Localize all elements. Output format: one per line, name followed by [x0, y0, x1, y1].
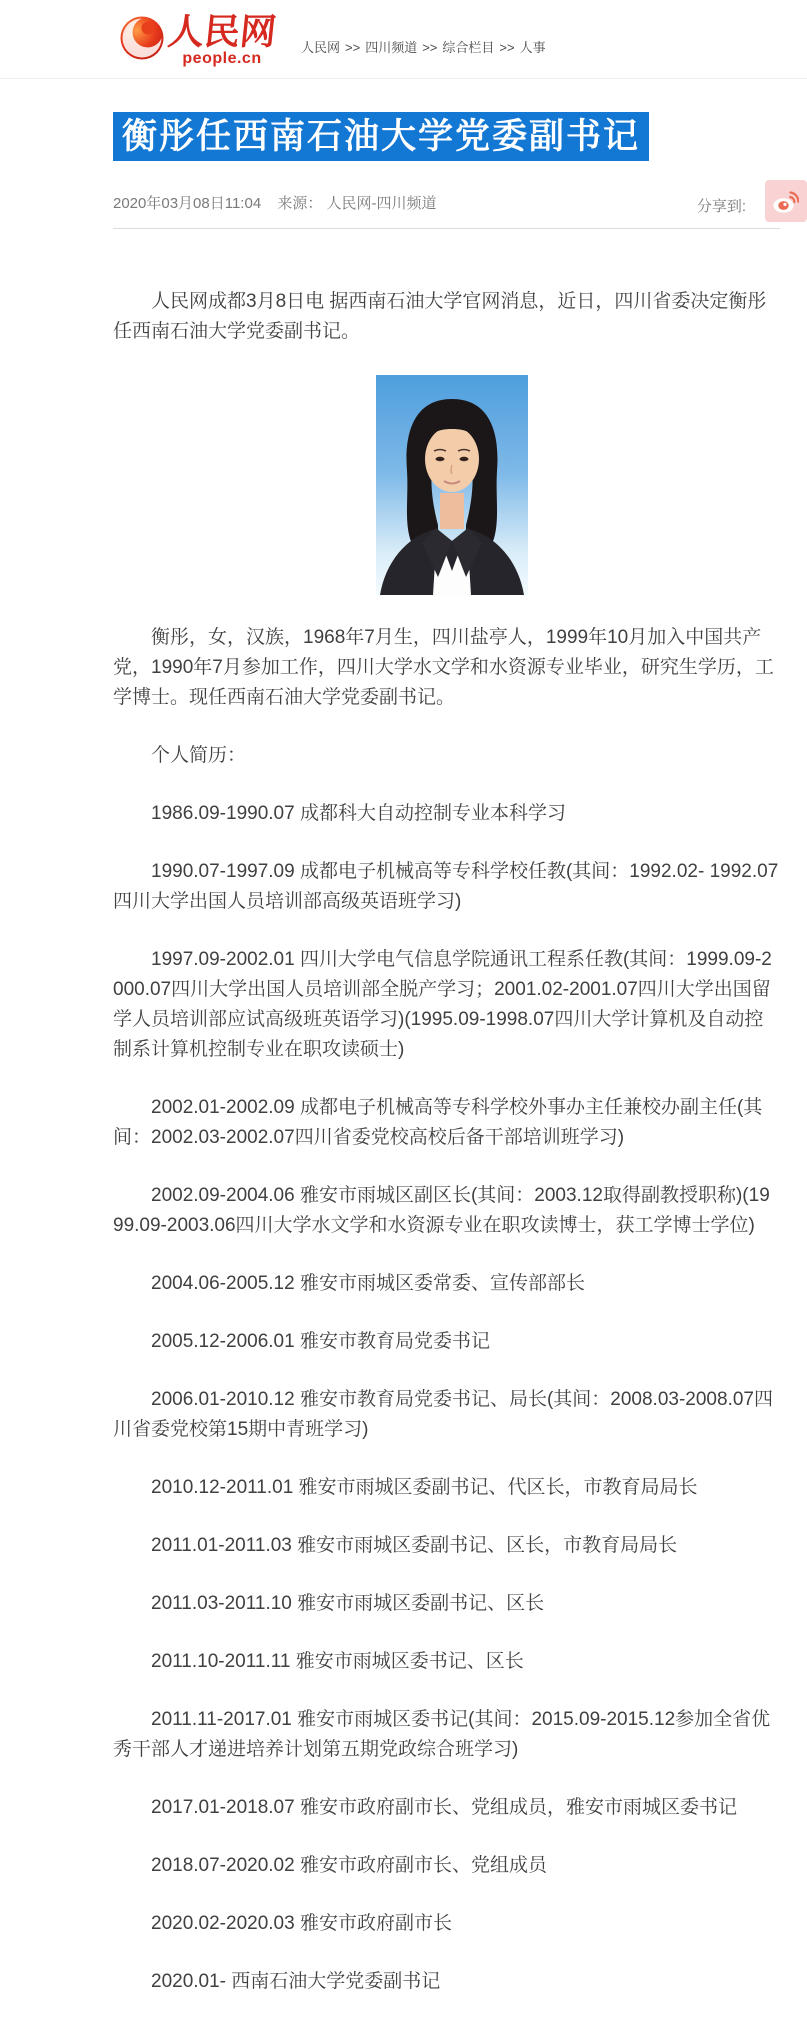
portrait-photo-image [376, 375, 528, 595]
breadcrumb-separator: >> [422, 40, 437, 55]
article-paragraph: 2002.09-2004.06 雅安市雨城区副区长(其间：2003.12取得副教… [113, 1181, 780, 1241]
article-paragraph: 个人简历： [113, 741, 780, 771]
breadcrumb-link-2[interactable]: 四川频道 [365, 40, 417, 55]
intro-paragraphs: 人民网成都3月8日电 据西南石油大学官网消息，近日，四川省委决定衡彤任西南石油大… [113, 287, 780, 347]
source-label: 来源： [277, 195, 322, 212]
article-paragraph: 1997.09-2002.01 四川大学电气信息学院通讯工程系任教(其间：199… [113, 945, 780, 1065]
article-paragraph: 2020.01- 西南石油大学党委副书记 [113, 1967, 780, 1997]
header-divider [0, 78, 807, 79]
people-cn-ball-icon [119, 15, 165, 61]
breadcrumb-link-3[interactable]: 综合栏目 [442, 40, 494, 55]
article-meta-row: 2020年03月08日11:04 来源： 人民网-四川频道 分享到: [113, 192, 780, 212]
breadcrumb-separator: >> [345, 40, 360, 55]
share-label: 分享到: [697, 195, 746, 216]
article-paragraph: 2005.12-2006.01 雅安市教育局党委书记 [113, 1327, 780, 1357]
article-paragraph: 2002.01-2002.09 成都电子机械高等专科学校外事办主任兼校办副主任(… [113, 1093, 780, 1153]
weibo-icon [773, 189, 799, 213]
portrait-photo [376, 375, 528, 595]
article-paragraph: 2006.01-2010.12 雅安市教育局党委书记、局长(其间：2008.03… [113, 1385, 780, 1445]
publish-time: 2020年03月08日11:04 [113, 195, 261, 212]
breadcrumb-link-4[interactable]: 人事 [520, 40, 546, 55]
article-title: 衡彤任西南石油大学党委副书记 [113, 112, 649, 161]
article-paragraph: 2010.12-2011.01 雅安市雨城区委副书记、代区长，市教育局局长 [113, 1473, 780, 1503]
people-cn-wordmark: 人民网 people.cn [168, 13, 276, 67]
article-paragraph: 2004.06-2005.12 雅安市雨城区委常委、宣传部部长 [113, 1269, 780, 1299]
article-container: 衡彤任西南石油大学党委副书记 2020年03月08日11:04 来源： 人民网-… [113, 112, 780, 2025]
breadcrumb: 人民网>>四川频道>>综合栏目>>人事 [301, 37, 546, 56]
article-paragraph: 2011.11-2017.01 雅安市雨城区委书记(其间：2015.09-201… [113, 1705, 780, 1765]
body-paragraphs: 衡彤，女，汉族，1968年7月生，四川盐亭人，1999年10月加入中国共产党，1… [113, 623, 780, 1997]
article-paragraph: 1990.07-1997.09 成都电子机械高等专科学校任教(其间：1992.0… [113, 857, 780, 917]
article-paragraph: 2011.03-2011.10 雅安市雨城区委副书记、区长 [113, 1589, 780, 1619]
site-domain: people.cn [168, 51, 276, 67]
source-link[interactable]: 人民网-四川频道 [327, 195, 437, 212]
article-paragraph: 2011.01-2011.03 雅安市雨城区委副书记、区长，市教育局局长 [113, 1531, 780, 1561]
article-paragraph: 人民网成都3月8日电 据西南石油大学官网消息，近日，四川省委决定衡彤任西南石油大… [113, 287, 780, 347]
article-paragraph: 2011.10-2011.11 雅安市雨城区委书记、区长 [113, 1647, 780, 1677]
breadcrumb-link-1[interactable]: 人民网 [301, 40, 340, 55]
article-body: 人民网成都3月8日电 据西南石油大学官网消息，近日，四川省委决定衡彤任西南石油大… [113, 229, 780, 1997]
article-paragraph: 2020.02-2020.03 雅安市政府副市长 [113, 1909, 780, 1939]
breadcrumb-separator: >> [499, 40, 514, 55]
site-name: 人民网 [166, 13, 278, 51]
weibo-share-button[interactable] [765, 180, 807, 222]
article-paragraph: 2017.01-2018.07 雅安市政府副市长、党组成员，雅安市雨城区委书记 [113, 1793, 780, 1823]
article-paragraph: 2018.07-2020.02 雅安市政府副市长、党组成员 [113, 1851, 780, 1881]
article-paragraph: 衡彤，女，汉族，1968年7月生，四川盐亭人，1999年10月加入中国共产党，1… [113, 623, 780, 713]
article-paragraph: 1986.09-1990.07 成都科大自动控制专业本科学习 [113, 799, 780, 829]
people-cn-logo[interactable]: 人民网 people.cn [119, 13, 276, 67]
